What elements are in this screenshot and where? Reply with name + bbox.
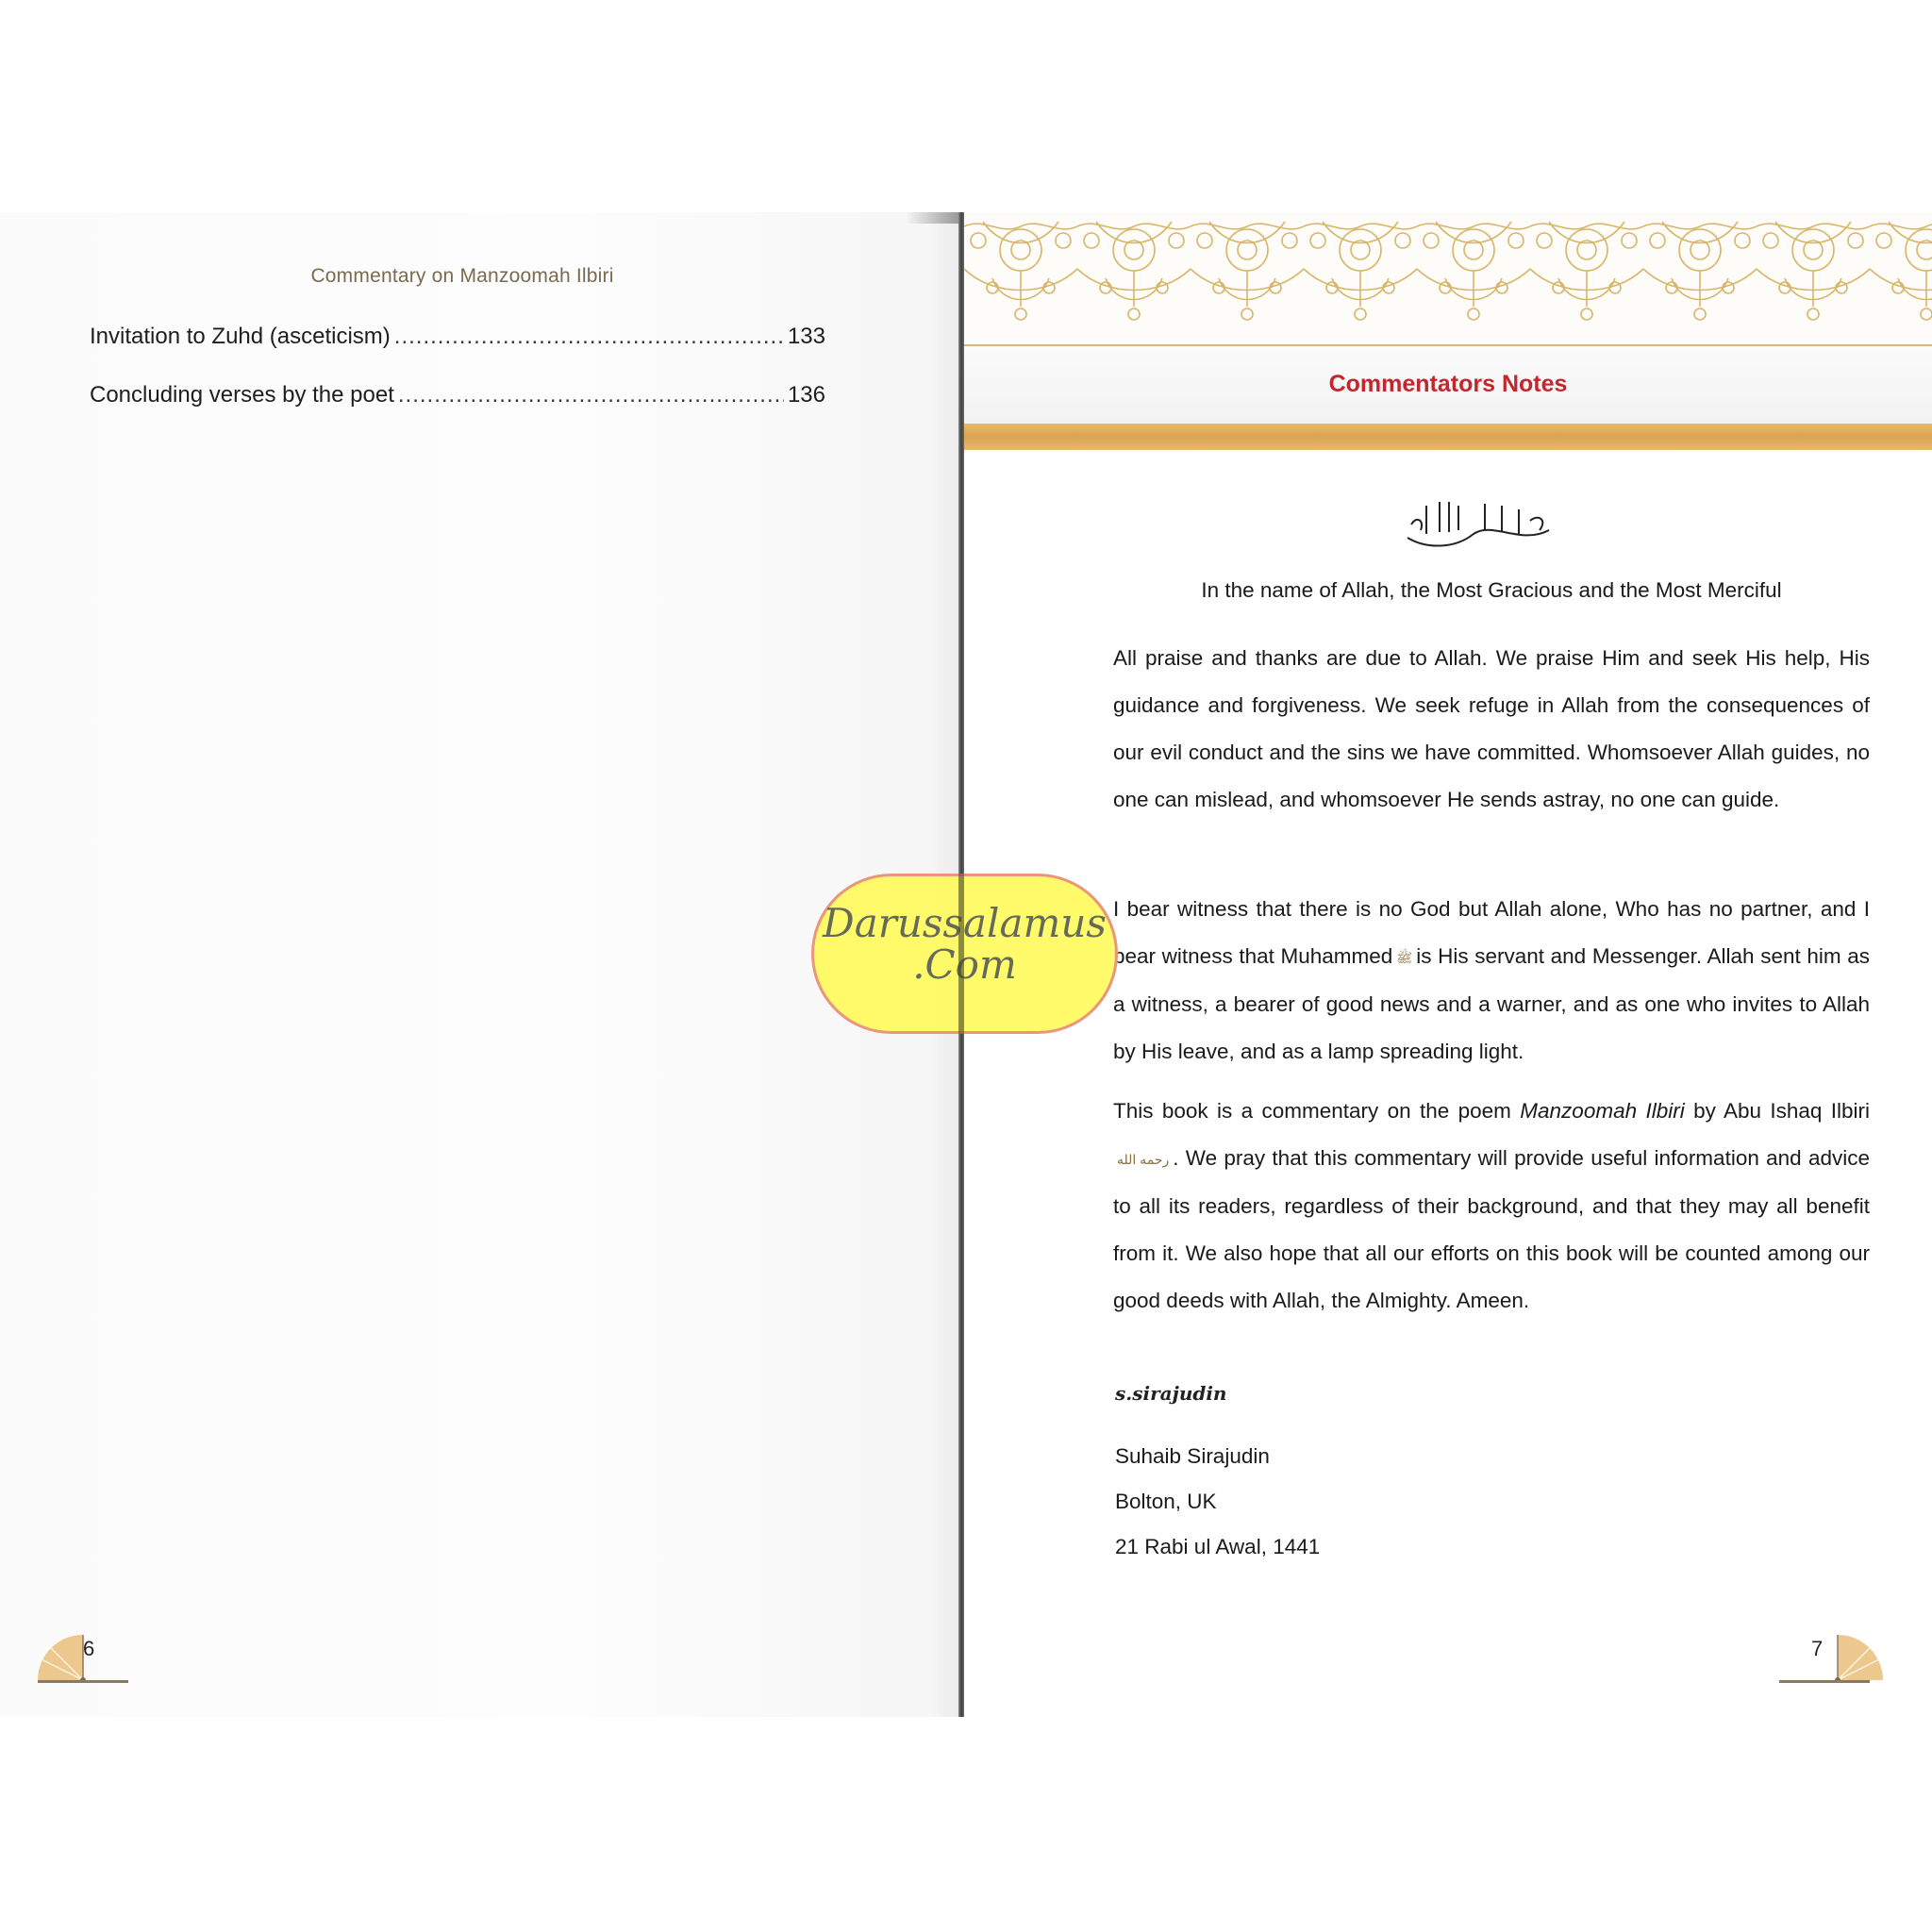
- watermark-line1: Darussalamus: [814, 903, 1115, 944]
- paragraph-testimony: I bear witness that there is no God but …: [1113, 886, 1870, 1075]
- page-number-rule: [1779, 1680, 1870, 1683]
- author-date: 21 Rabi ul Awal, 1441: [1115, 1535, 1320, 1580]
- rahimahullah-honorific-icon: رحمه الله: [1117, 1136, 1169, 1183]
- watermark-line2: .Com: [814, 944, 1115, 986]
- fan-ornament-icon: [38, 1633, 87, 1682]
- page-number-right: 7: [1762, 1627, 1875, 1684]
- author-block: Suhaib Sirajudin Bolton, UK 21 Rabi ul A…: [1115, 1444, 1320, 1580]
- paragraph-text: I bear witness that there is no God but …: [1113, 886, 1870, 1075]
- filigree-ornament-icon: [964, 212, 1932, 340]
- toc-entry[interactable]: Concluding verses by the poet 136: [90, 382, 825, 441]
- toc-leader-dots: [394, 324, 784, 350]
- page-number: 6: [83, 1637, 94, 1661]
- author-name: Suhaib Sirajudin: [1115, 1444, 1320, 1490]
- watermark-gutter-overlap: [958, 874, 964, 1034]
- page-number-rule: [38, 1680, 128, 1683]
- text-span: by Abu Ishaq Ilbiri: [1685, 1099, 1870, 1123]
- toc-entry-page: 133: [788, 324, 825, 350]
- watermark-badge: Darussalamus .Com: [811, 874, 1118, 1034]
- running-head: Commentary on Manzoomah Ilbiri: [0, 265, 924, 288]
- toc-entry-title: Concluding verses by the poet: [90, 382, 394, 408]
- author-location: Bolton, UK: [1115, 1490, 1320, 1535]
- gold-band: [964, 424, 1932, 450]
- paragraph-praise: All praise and thanks are due to Allah. …: [1113, 635, 1870, 824]
- basmala-calligraphy-icon: [1398, 492, 1558, 551]
- basmala-translation: In the name of Allah, the Most Gracious …: [1113, 578, 1870, 603]
- signature: s.sirajudin: [1115, 1382, 1226, 1405]
- chapter-title: Commentators Notes: [964, 371, 1932, 398]
- paragraph-text: This book is a commentary on the poem Ma…: [1113, 1088, 1870, 1324]
- text-span: . We pray that this commentary will prov…: [1113, 1146, 1870, 1312]
- toc-entry-title: Invitation to Zuhd (asceticism): [90, 324, 391, 350]
- fan-ornament-icon: [1834, 1633, 1883, 1682]
- paragraph-book-intro: This book is a commentary on the poem Ma…: [1113, 1088, 1870, 1324]
- page-number: 7: [1811, 1637, 1823, 1661]
- toc-entry-page: 136: [788, 382, 825, 408]
- text-span: This book is a commentary on the poem: [1113, 1099, 1520, 1123]
- table-of-contents: Invitation to Zuhd (asceticism) 133 Conc…: [90, 324, 825, 441]
- paragraph-text: All praise and thanks are due to Allah. …: [1113, 635, 1870, 824]
- toc-entry[interactable]: Invitation to Zuhd (asceticism) 133: [90, 324, 825, 382]
- toc-leader-dots: [398, 382, 784, 408]
- book-title-italic: Manzoomah Ilbiri: [1520, 1099, 1684, 1123]
- page-number-left: 6: [34, 1627, 147, 1684]
- lace-ornament-header: [964, 212, 1932, 340]
- gutter-shadow: [906, 212, 958, 224]
- salawat-honorific-icon: ﷺ: [1396, 934, 1412, 981]
